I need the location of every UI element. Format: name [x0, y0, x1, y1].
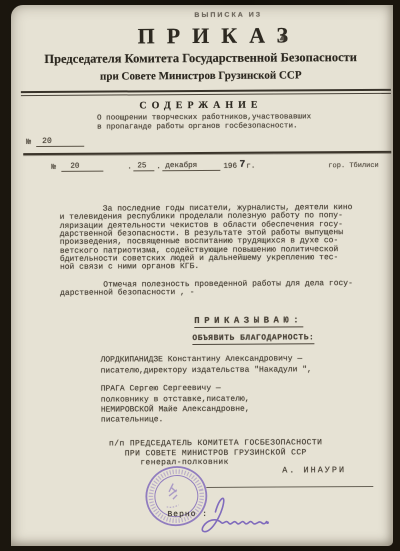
document-content: ВЫПИСКА ИЗ ПРИКАЗ Председателя Комитета …	[0, 0, 400, 551]
recipient-3: НЕМИРОВСКОЙ Майе Александровне, писатель…	[101, 405, 250, 426]
recipient-2: ПРАГА Сергею Сергеевичу — полковнику в о…	[101, 384, 250, 406]
date-city: гор. Тбилиси	[328, 162, 378, 170]
recipient-1: ЛОРДКИПАНИДЗЕ Константину Александровичу…	[100, 354, 311, 376]
order-heading: ПРИКАЗЫВАЮ:	[194, 315, 303, 328]
signer-name: А. ИНАУРИ	[282, 465, 346, 475]
order-number-label: №	[26, 138, 31, 147]
contents-heading: СОДЕРЖАНИЕ	[10, 99, 392, 112]
issuer-line-2: при Совете Министров Грузинской ССР	[10, 69, 392, 83]
date-year-suffix: г.	[246, 163, 255, 171]
handwritten-signature	[193, 490, 271, 538]
date-year-typed: 196	[223, 163, 237, 171]
document-title: ПРИКАЗ	[137, 22, 300, 49]
date-day: 25	[133, 162, 154, 171]
header-divider	[21, 89, 391, 96]
order-number-value: 20	[36, 137, 84, 147]
body-paragraph-1: За последние годы писатели, журналисты, …	[60, 204, 353, 273]
date-dot-2: .	[156, 163, 161, 171]
issuer-line-1: Председателя Комитета Государственной Бе…	[10, 50, 392, 67]
gratitude-heading: ОБЪЯВИТЬ БЛАГОДАРНОСТЬ:	[192, 333, 314, 345]
date-month: декабря	[162, 162, 220, 171]
date-dot-1: .	[127, 163, 132, 171]
signature-line	[206, 486, 373, 488]
date-number-label: №	[51, 164, 56, 172]
mid-divider	[23, 151, 391, 155]
ink-mark-triangle	[279, 32, 287, 40]
date-year-handwritten: 7	[239, 160, 245, 171]
body-paragraph-2: Отмечая полезность проведенной работы дл…	[60, 280, 353, 298]
vypiska-stamp-text: ВЫПИСКА ИЗ	[194, 12, 262, 19]
signature-block: п/п ПРЕДСЕДАТЕЛЬ КОМИТЕТА ГОСБЕЗОПАСНОСТ…	[109, 438, 322, 468]
date-number-value: 20	[61, 163, 103, 172]
contents-text: О поощрении творческих работников,участв…	[97, 113, 311, 131]
